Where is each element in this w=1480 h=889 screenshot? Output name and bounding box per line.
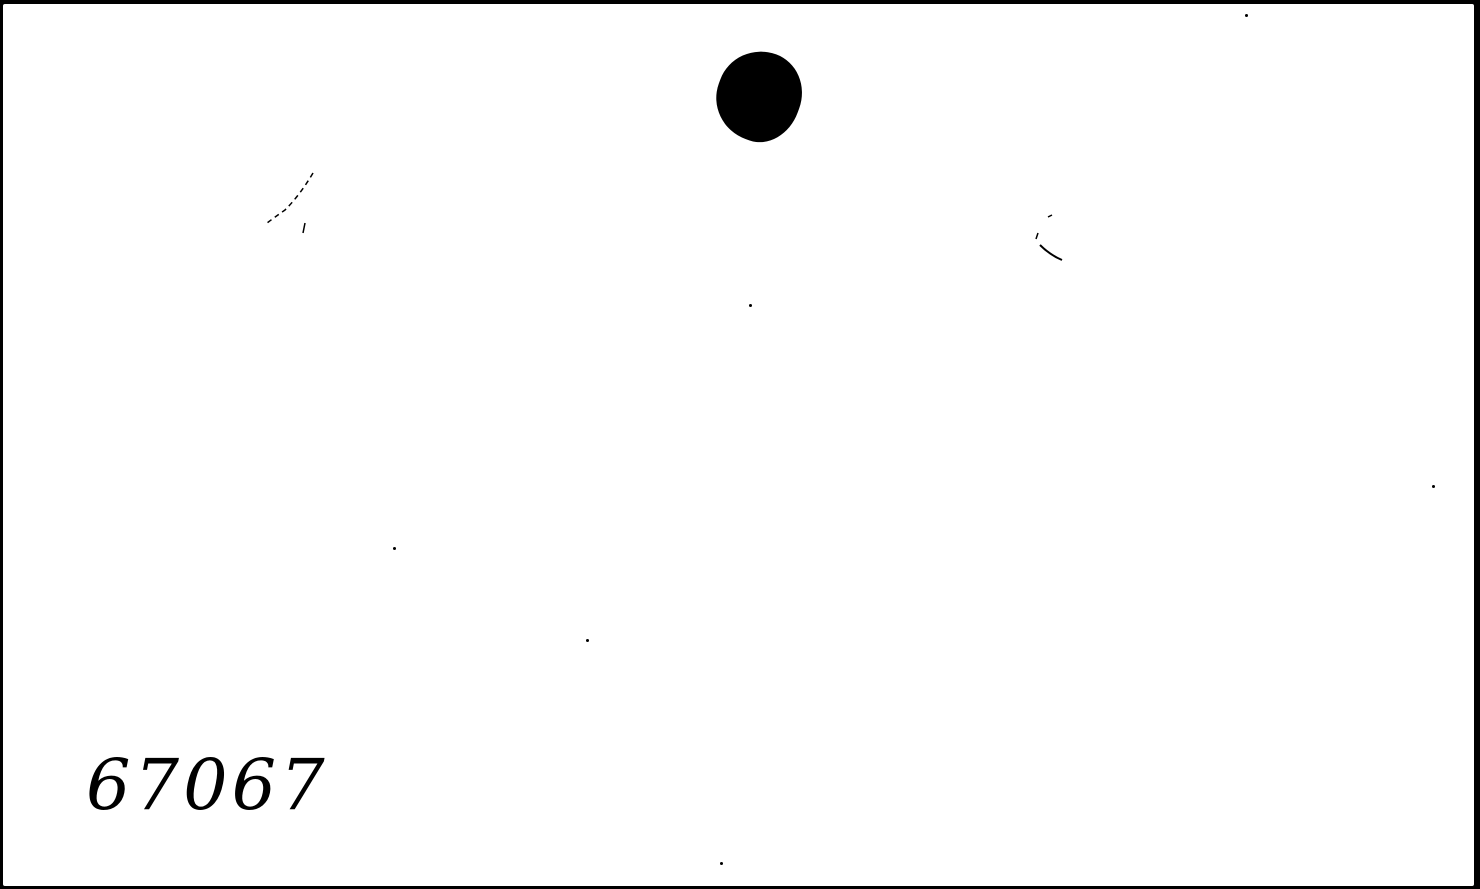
faint-pencil-stroke-left bbox=[255, 165, 325, 240]
speck bbox=[1245, 14, 1248, 17]
speck bbox=[1432, 485, 1435, 488]
speck bbox=[720, 862, 723, 865]
speck bbox=[749, 304, 752, 307]
faint-pencil-stroke-right bbox=[1030, 205, 1080, 265]
scan-border-right bbox=[1474, 0, 1480, 889]
speck bbox=[393, 547, 396, 550]
speck bbox=[586, 639, 589, 642]
handwritten-number: 67067 bbox=[86, 745, 329, 825]
